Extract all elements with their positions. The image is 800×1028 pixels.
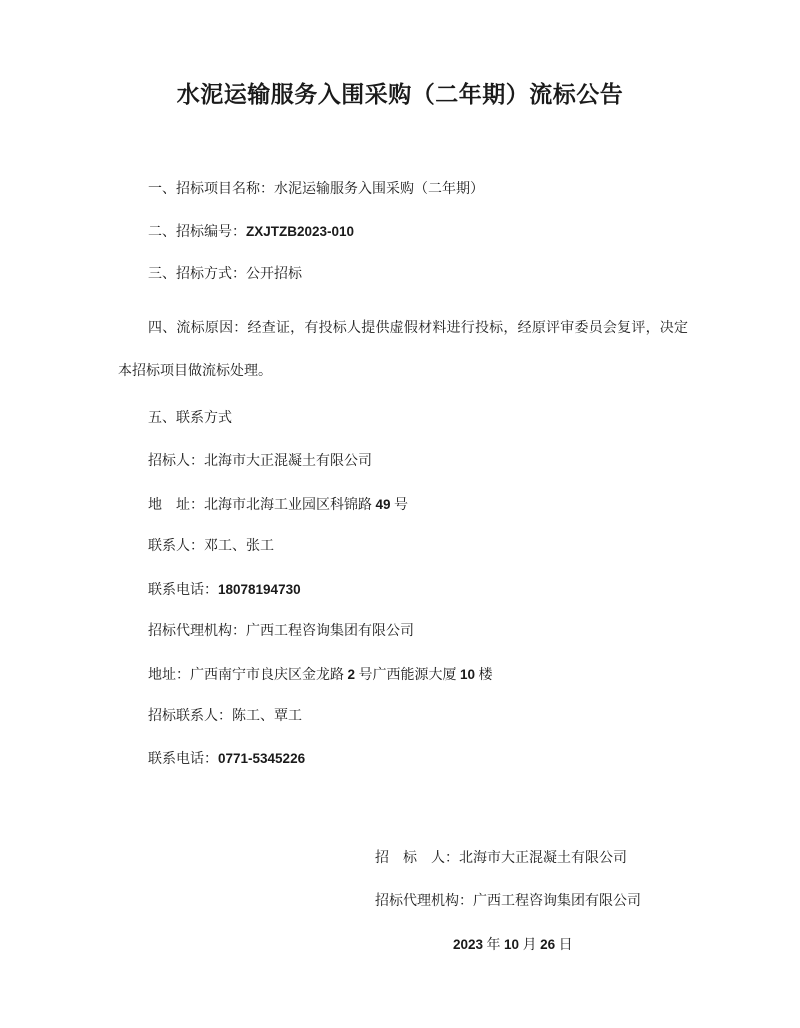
cjk-text-run: 地址：广西南宁市良庆区金龙路: [148, 668, 348, 683]
signature-tenderer: 招 标 人：北海市大正混凝土有限公司: [375, 837, 627, 880]
document-title: 水泥运输服务入围采购（二年期）流标公告: [0, 76, 800, 114]
latin-text-run: 10: [504, 937, 519, 952]
latin-text-run: ZXJTZB2023-010: [246, 224, 354, 239]
paragraph-contact-heading: 五、联系方式: [118, 397, 688, 440]
latin-text-run: 26: [540, 937, 555, 952]
latin-text-run: 18078194730: [218, 582, 301, 597]
cjk-text-run: 年: [483, 938, 504, 953]
cjk-text-run: 招标代理机构：广西工程咨询集团有限公司: [148, 624, 414, 639]
cjk-text-run: 招 标 人：北海市大正混凝土有限公司: [375, 851, 627, 866]
cjk-text-run: 一、招标项目名称：水泥运输服务入围采购（二年期）: [148, 182, 484, 197]
cjk-text-run: 日: [555, 938, 573, 953]
cjk-text-run: 地 址：北海市北海工业园区科锦路: [148, 498, 376, 513]
paragraph-agency: 招标代理机构：广西工程咨询集团有限公司: [118, 610, 688, 653]
latin-text-run: 49: [376, 497, 391, 512]
cjk-text-run: 招标联系人：陈工、覃工: [148, 709, 302, 724]
cjk-text-run: 联系电话：: [148, 752, 218, 767]
paragraph-tender-method: 三、招标方式：公开招标: [118, 253, 688, 296]
cjk-text-run: 招标人：北海市大正混凝土有限公司: [148, 454, 372, 469]
cjk-text-run: 五、联系方式: [148, 411, 232, 426]
signature-date: 2023 年 10 月 26 日: [453, 923, 573, 967]
paragraph-failure-reason: 四、流标原因：经查证，有投标人提供虚假材料进行投标，经原评审委员会复评，决定本招…: [118, 307, 688, 393]
paragraph-tender-number: 二、招标编号：ZXJTZB2023-010: [118, 210, 688, 254]
cjk-text-run: 三、招标方式：公开招标: [148, 267, 302, 282]
paragraph-agency-contacts: 招标联系人：陈工、覃工: [118, 695, 688, 738]
paragraph-tenderer-phone: 联系电话：18078194730: [118, 568, 688, 612]
paragraph-tenderer-contacts: 联系人：邓工、张工: [118, 525, 688, 568]
paragraph-tenderer-address: 地 址：北海市北海工业园区科锦路 49 号: [118, 483, 688, 527]
latin-text-run: 2: [348, 667, 356, 682]
paragraph-tenderer: 招标人：北海市大正混凝土有限公司: [118, 440, 688, 483]
latin-text-run: 0771-5345226: [218, 751, 305, 766]
cjk-text-run: 号: [391, 498, 409, 513]
cjk-text-run: 招标代理机构：广西工程咨询集团有限公司: [375, 894, 641, 909]
paragraph-agency-phone: 联系电话：0771-5345226: [118, 737, 688, 781]
cjk-text-run: 四、流标原因：经查证，有投标人提供虚假材料进行投标，经原评审委员会复评，决定本招…: [118, 321, 688, 379]
cjk-text-run: 月: [519, 938, 540, 953]
document-page: 水泥运输服务入围采购（二年期）流标公告 一、招标项目名称：水泥运输服务入围采购（…: [0, 0, 800, 1028]
cjk-text-run: 楼: [475, 668, 493, 683]
paragraph-project-name: 一、招标项目名称：水泥运输服务入围采购（二年期）: [118, 168, 688, 211]
cjk-text-run: 二、招标编号：: [148, 225, 246, 240]
cjk-text-run: 联系电话：: [148, 583, 218, 598]
cjk-text-run: 联系人：邓工、张工: [148, 539, 274, 554]
cjk-text-run: 号广西能源大厦: [355, 668, 460, 683]
latin-text-run: 10: [460, 667, 475, 682]
latin-text-run: 2023: [453, 937, 483, 952]
paragraph-agency-address: 地址：广西南宁市良庆区金龙路 2 号广西能源大厦 10 楼: [118, 653, 688, 697]
signature-agency: 招标代理机构：广西工程咨询集团有限公司: [375, 880, 641, 923]
